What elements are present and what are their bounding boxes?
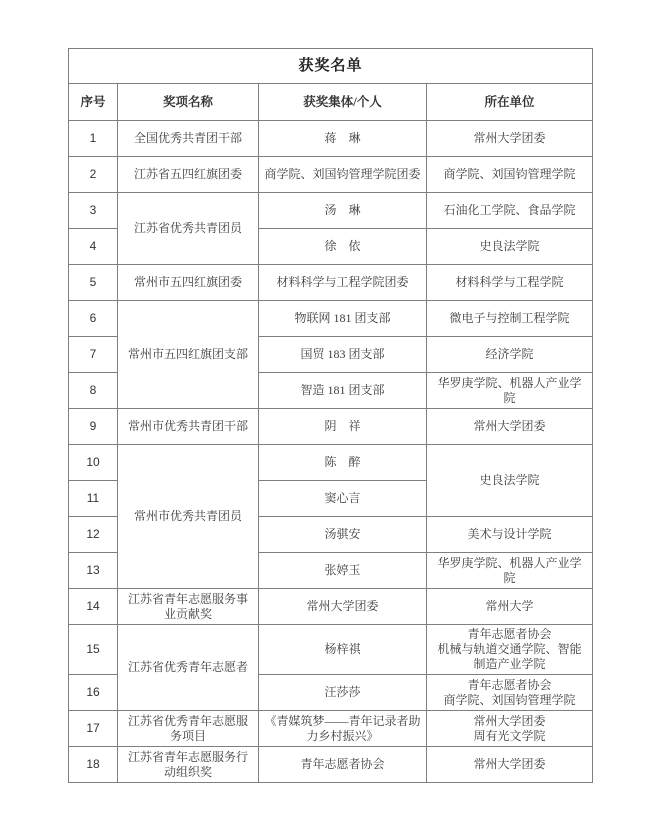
cell-recipient: 徐 依: [259, 229, 427, 265]
cell-award: 常州市五四红旗团委: [118, 265, 259, 301]
cell-no: 14: [69, 589, 118, 625]
cell-unit: 史良法学院: [427, 445, 593, 517]
cell-award: 江苏省青年志愿服务事业贡献奖: [118, 589, 259, 625]
cell-unit: 常州大学团委: [427, 409, 593, 445]
cell-recipient: 商学院、刘国钧管理学院团委: [259, 157, 427, 193]
cell-recipient: 常州大学团委: [259, 589, 427, 625]
table-row: 3江苏省优秀共青团员汤 琳石油化工学院、食品学院: [69, 193, 593, 229]
cell-recipient: 智造 181 团支部: [259, 373, 427, 409]
cell-award: 常州市五四红旗团支部: [118, 301, 259, 409]
cell-unit: 青年志愿者协会 商学院、刘国钧管理学院: [427, 675, 593, 711]
award-list-table: 获奖名单 序号 奖项名称 获奖集体/个人 所在单位 1全国优秀共青团干部蒋 琳常…: [68, 48, 593, 783]
cell-unit: 常州大学团委: [427, 121, 593, 157]
column-header-recipient: 获奖集体/个人: [259, 84, 427, 121]
table-row: 2江苏省五四红旗团委商学院、刘国钧管理学院团委商学院、刘国钧管理学院: [69, 157, 593, 193]
table-row: 10常州市优秀共青团员陈 醉史良法学院: [69, 445, 593, 481]
cell-unit: 华罗庚学院、机器人产业学院: [427, 373, 593, 409]
cell-recipient: 杨梓祺: [259, 625, 427, 675]
cell-no: 8: [69, 373, 118, 409]
table-title-row: 获奖名单: [69, 49, 593, 84]
cell-unit: 美术与设计学院: [427, 517, 593, 553]
cell-award: 常州市优秀共青团员: [118, 445, 259, 589]
cell-no: 3: [69, 193, 118, 229]
table-header-row: 序号 奖项名称 获奖集体/个人 所在单位: [69, 84, 593, 121]
table-title: 获奖名单: [69, 49, 593, 84]
cell-no: 11: [69, 481, 118, 517]
cell-unit: 商学院、刘国钧管理学院: [427, 157, 593, 193]
table-body: 1全国优秀共青团干部蒋 琳常州大学团委2江苏省五四红旗团委商学院、刘国钧管理学院…: [69, 121, 593, 783]
cell-no: 7: [69, 337, 118, 373]
cell-unit: 青年志愿者协会 机械与轨道交通学院、智能制造产业学院: [427, 625, 593, 675]
cell-award: 江苏省青年志愿服务行动组织奖: [118, 747, 259, 783]
cell-recipient: 《青媒筑梦——青年记录者助力乡村振兴》: [259, 711, 427, 747]
cell-unit: 常州大学团委: [427, 747, 593, 783]
cell-recipient: 青年志愿者协会: [259, 747, 427, 783]
cell-no: 17: [69, 711, 118, 747]
cell-recipient: 窦心言: [259, 481, 427, 517]
cell-unit: 石油化工学院、食品学院: [427, 193, 593, 229]
cell-no: 18: [69, 747, 118, 783]
cell-no: 15: [69, 625, 118, 675]
column-header-award: 奖项名称: [118, 84, 259, 121]
cell-no: 9: [69, 409, 118, 445]
table-row: 6常州市五四红旗团支部物联网 181 团支部微电子与控制工程学院: [69, 301, 593, 337]
cell-no: 2: [69, 157, 118, 193]
cell-recipient: 阴 祥: [259, 409, 427, 445]
cell-unit: 微电子与控制工程学院: [427, 301, 593, 337]
cell-award: 全国优秀共青团干部: [118, 121, 259, 157]
cell-unit: 常州大学团委 周有光文学院: [427, 711, 593, 747]
cell-recipient: 汤骐安: [259, 517, 427, 553]
cell-no: 4: [69, 229, 118, 265]
cell-no: 6: [69, 301, 118, 337]
cell-recipient: 陈 醉: [259, 445, 427, 481]
cell-unit: 史良法学院: [427, 229, 593, 265]
column-header-unit: 所在单位: [427, 84, 593, 121]
cell-no: 1: [69, 121, 118, 157]
cell-no: 5: [69, 265, 118, 301]
table-row: 15江苏省优秀青年志愿者杨梓祺青年志愿者协会 机械与轨道交通学院、智能制造产业学…: [69, 625, 593, 675]
cell-award: 常州市优秀共青团干部: [118, 409, 259, 445]
document-page: 获奖名单 序号 奖项名称 获奖集体/个人 所在单位 1全国优秀共青团干部蒋 琳常…: [0, 0, 661, 837]
column-header-no: 序号: [69, 84, 118, 121]
cell-recipient: 汤 琳: [259, 193, 427, 229]
table-row: 18江苏省青年志愿服务行动组织奖青年志愿者协会常州大学团委: [69, 747, 593, 783]
cell-no: 10: [69, 445, 118, 481]
cell-award: 江苏省优秀青年志愿者: [118, 625, 259, 711]
cell-unit: 材料科学与工程学院: [427, 265, 593, 301]
cell-no: 16: [69, 675, 118, 711]
table-row: 14江苏省青年志愿服务事业贡献奖常州大学团委常州大学: [69, 589, 593, 625]
cell-award: 江苏省优秀共青团员: [118, 193, 259, 265]
cell-no: 13: [69, 553, 118, 589]
cell-recipient: 材料科学与工程学院团委: [259, 265, 427, 301]
cell-recipient: 蒋 琳: [259, 121, 427, 157]
cell-recipient: 汪莎莎: [259, 675, 427, 711]
cell-unit: 常州大学: [427, 589, 593, 625]
cell-award: 江苏省优秀青年志愿服务项目: [118, 711, 259, 747]
cell-recipient: 物联网 181 团支部: [259, 301, 427, 337]
cell-no: 12: [69, 517, 118, 553]
table-row: 1全国优秀共青团干部蒋 琳常州大学团委: [69, 121, 593, 157]
table-row: 17江苏省优秀青年志愿服务项目《青媒筑梦——青年记录者助力乡村振兴》常州大学团委…: [69, 711, 593, 747]
cell-award: 江苏省五四红旗团委: [118, 157, 259, 193]
cell-unit: 华罗庚学院、机器人产业学院: [427, 553, 593, 589]
cell-recipient: 国贸 183 团支部: [259, 337, 427, 373]
cell-unit: 经济学院: [427, 337, 593, 373]
table-row: 9常州市优秀共青团干部阴 祥常州大学团委: [69, 409, 593, 445]
cell-recipient: 张婷玉: [259, 553, 427, 589]
table-row: 5常州市五四红旗团委材料科学与工程学院团委材料科学与工程学院: [69, 265, 593, 301]
